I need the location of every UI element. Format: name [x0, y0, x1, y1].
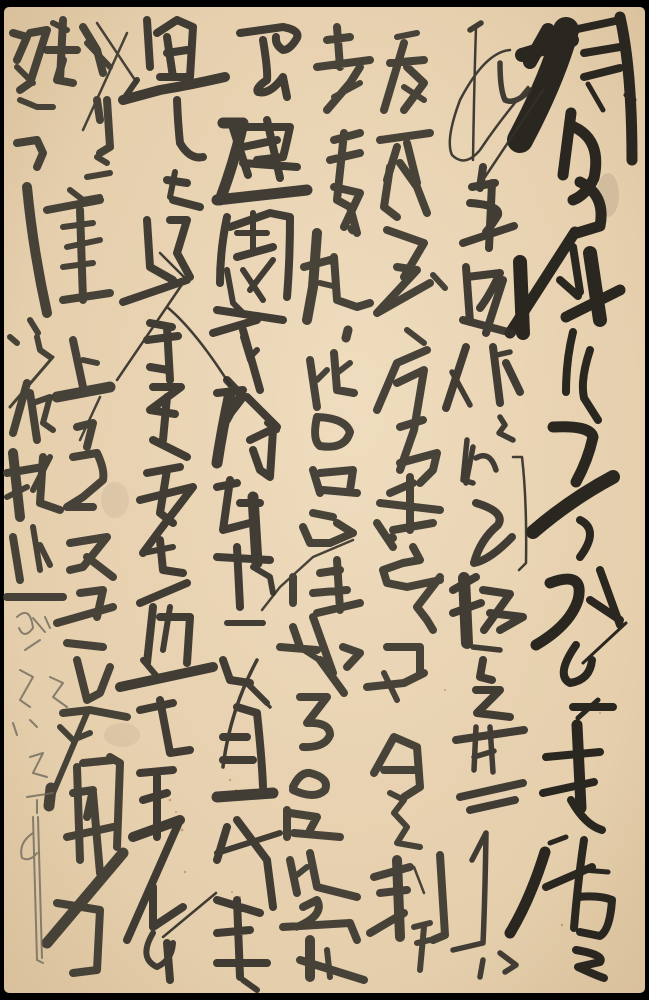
scan-background: [0, 0, 649, 1000]
brush-strokes-thin: [583, 623, 626, 663]
ink-layer-column-6: [117, 20, 230, 980]
text-column-5: [213, 27, 307, 990]
brush-strokes-heavy: [397, 860, 400, 937]
foxing-spot: [229, 779, 231, 781]
ink-smudge: [101, 482, 129, 518]
text-column-3: [367, 33, 445, 970]
foxing-spot: [169, 799, 172, 802]
signature: [13, 613, 67, 963]
foxing-spot: [444, 689, 446, 691]
brush-dot: [392, 537, 393, 538]
ink-smudge: [104, 723, 140, 747]
ink-layer-column-3: [367, 33, 445, 970]
brush-strokes-medium: [446, 167, 524, 810]
text-column-6: [117, 20, 230, 980]
foxing-spot: [231, 891, 233, 893]
handwritten-letter: [0, 0, 649, 1000]
foxing-spot: [184, 871, 186, 873]
brush-dot: [346, 229, 353, 338]
foxing-spot: [561, 924, 563, 926]
foxing-spot: [175, 811, 177, 813]
ink-layer-signature: [13, 613, 67, 963]
brush-strokes-medium: [367, 43, 445, 940]
foxing-spot: [599, 712, 601, 714]
text-column-2: [446, 23, 543, 977]
ink-layer-column-5: [213, 27, 307, 990]
foxing-spot: [181, 829, 184, 832]
ink-layer-column-2: [446, 23, 543, 977]
brush-strokes-thin: [80, 23, 137, 440]
signature-strokes: [13, 613, 67, 963]
ink-layer-column-1: [510, 17, 634, 978]
brush-strokes-thin: [414, 867, 424, 893]
text-column-1: [510, 17, 634, 978]
ink-layer-column-8: [7, 30, 63, 597]
text-column-8: [7, 30, 63, 597]
brush-strokes-heavy: [464, 578, 467, 643]
